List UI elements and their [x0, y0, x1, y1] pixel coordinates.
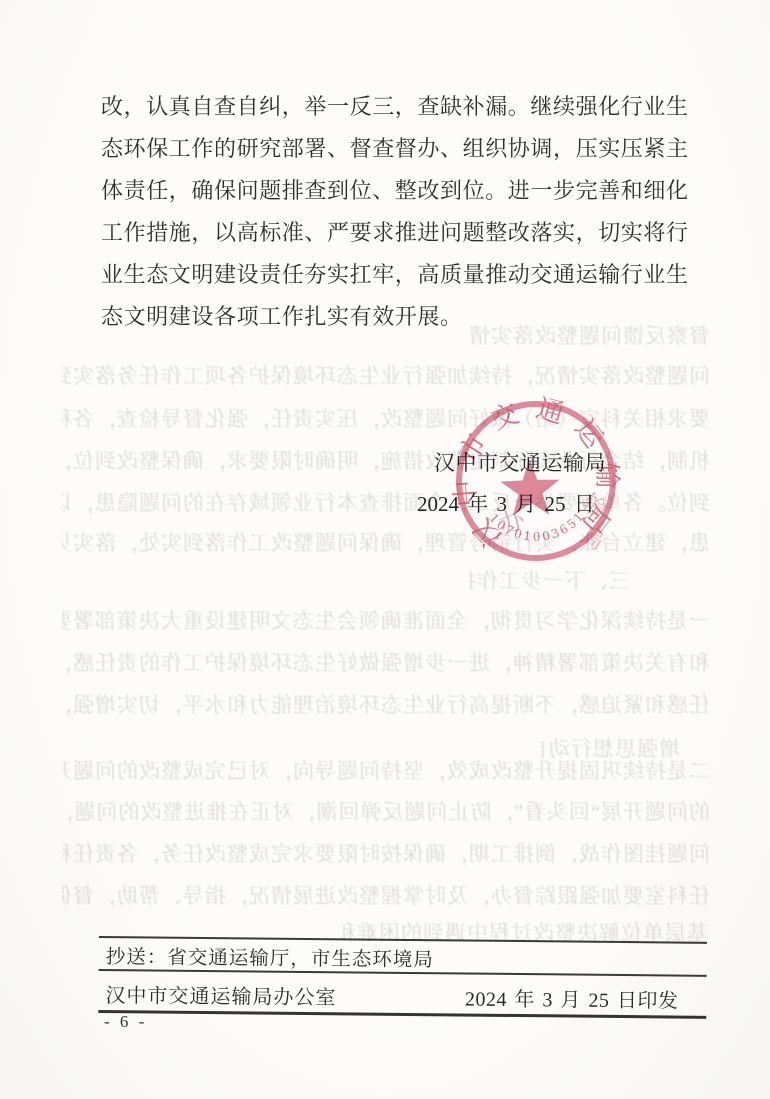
bleedthrough-line: 问题挂图作战，倒排工期，确保按时限要求完成整改任务，各责任科室 — [62, 841, 710, 867]
bleedthrough-line: 问题整改落实情况，持续加强行业生态环境保护各项工作任务落实到位 — [62, 363, 710, 389]
body-paragraph: 改，认真自查自纠，举一反三，查缺补漏。继续强化行业生 态环保工作的研究部署、督查… — [101, 86, 701, 338]
body-line: 工作措施，以高标准、严要求推进问题整改落实，切实将行 — [101, 212, 701, 254]
bleedthrough-line: 和有关决策部署精神，进一步增强做好生态环境保护工作的责任感，抓实 — [62, 650, 710, 676]
footer-block: 抄送：省交通运输厅，市生态环境局 汉中市交通运输局办公室 2024 年 3 月 … — [98, 936, 707, 1019]
official-seal: 汉中市交通运输局 6107010036519 办 输 局 — [448, 393, 624, 569]
bleedthrough-line: 的问题开展“回头看”，防止问题反弹回潮，对正在推进整改的问题，大力推进 — [62, 799, 710, 825]
bleedthrough-line: 任科室要加强跟踪督办，及时掌握整改进展情况，指导、帮助，督促，人员 — [62, 883, 710, 909]
issuing-office: 汉中市交通运输局办公室 — [98, 978, 336, 1009]
body-line: 态文明建设各项工作扎实有效开展。 — [101, 296, 701, 338]
body-line: 业生态文明建设责任夯实扛牢，高质量推动交通运输行业生 — [101, 254, 701, 296]
body-line: 改，认真自查自纠，举一反三，查缺补漏。继续强化行业生 — [101, 86, 701, 128]
issuer-row: 汉中市交通运输局办公室 2024 年 3 月 25 日印发 — [98, 971, 706, 1016]
bleedthrough-line: 二是持续巩固提升整改成效，坚持问题导向，对已完成整改的问题开展 — [62, 758, 710, 784]
document-page: 督察反馈问题整改落实情况问题整改落实情况，持续加强行业生态环境保护各项工作任务落… — [0, 0, 770, 1099]
body-line: 体责任，确保问题排查到位、整改到位。进一步完善和细化 — [101, 170, 701, 212]
bleedthrough-line: 任感和紧迫感，不断提高行业生态环境治理能力和水平，切实增强，认真 — [62, 692, 710, 718]
cc-line: 抄送：省交通运输厅，市生态环境局 — [99, 938, 707, 975]
bleedthrough-line: 一是持续深化学习贯彻，全面准确领会生态文明建设重大决策部署要求 — [62, 608, 710, 634]
bleedthrough-line: 三、下一步工作打算 — [470, 568, 630, 594]
page-number: - 6 - — [104, 1012, 147, 1032]
print-date: 2024 年 3 月 25 日印发 — [465, 982, 707, 1013]
body-line: 态环保工作的研究部署、督查督办、组织协调，压实压紧主 — [101, 128, 701, 170]
